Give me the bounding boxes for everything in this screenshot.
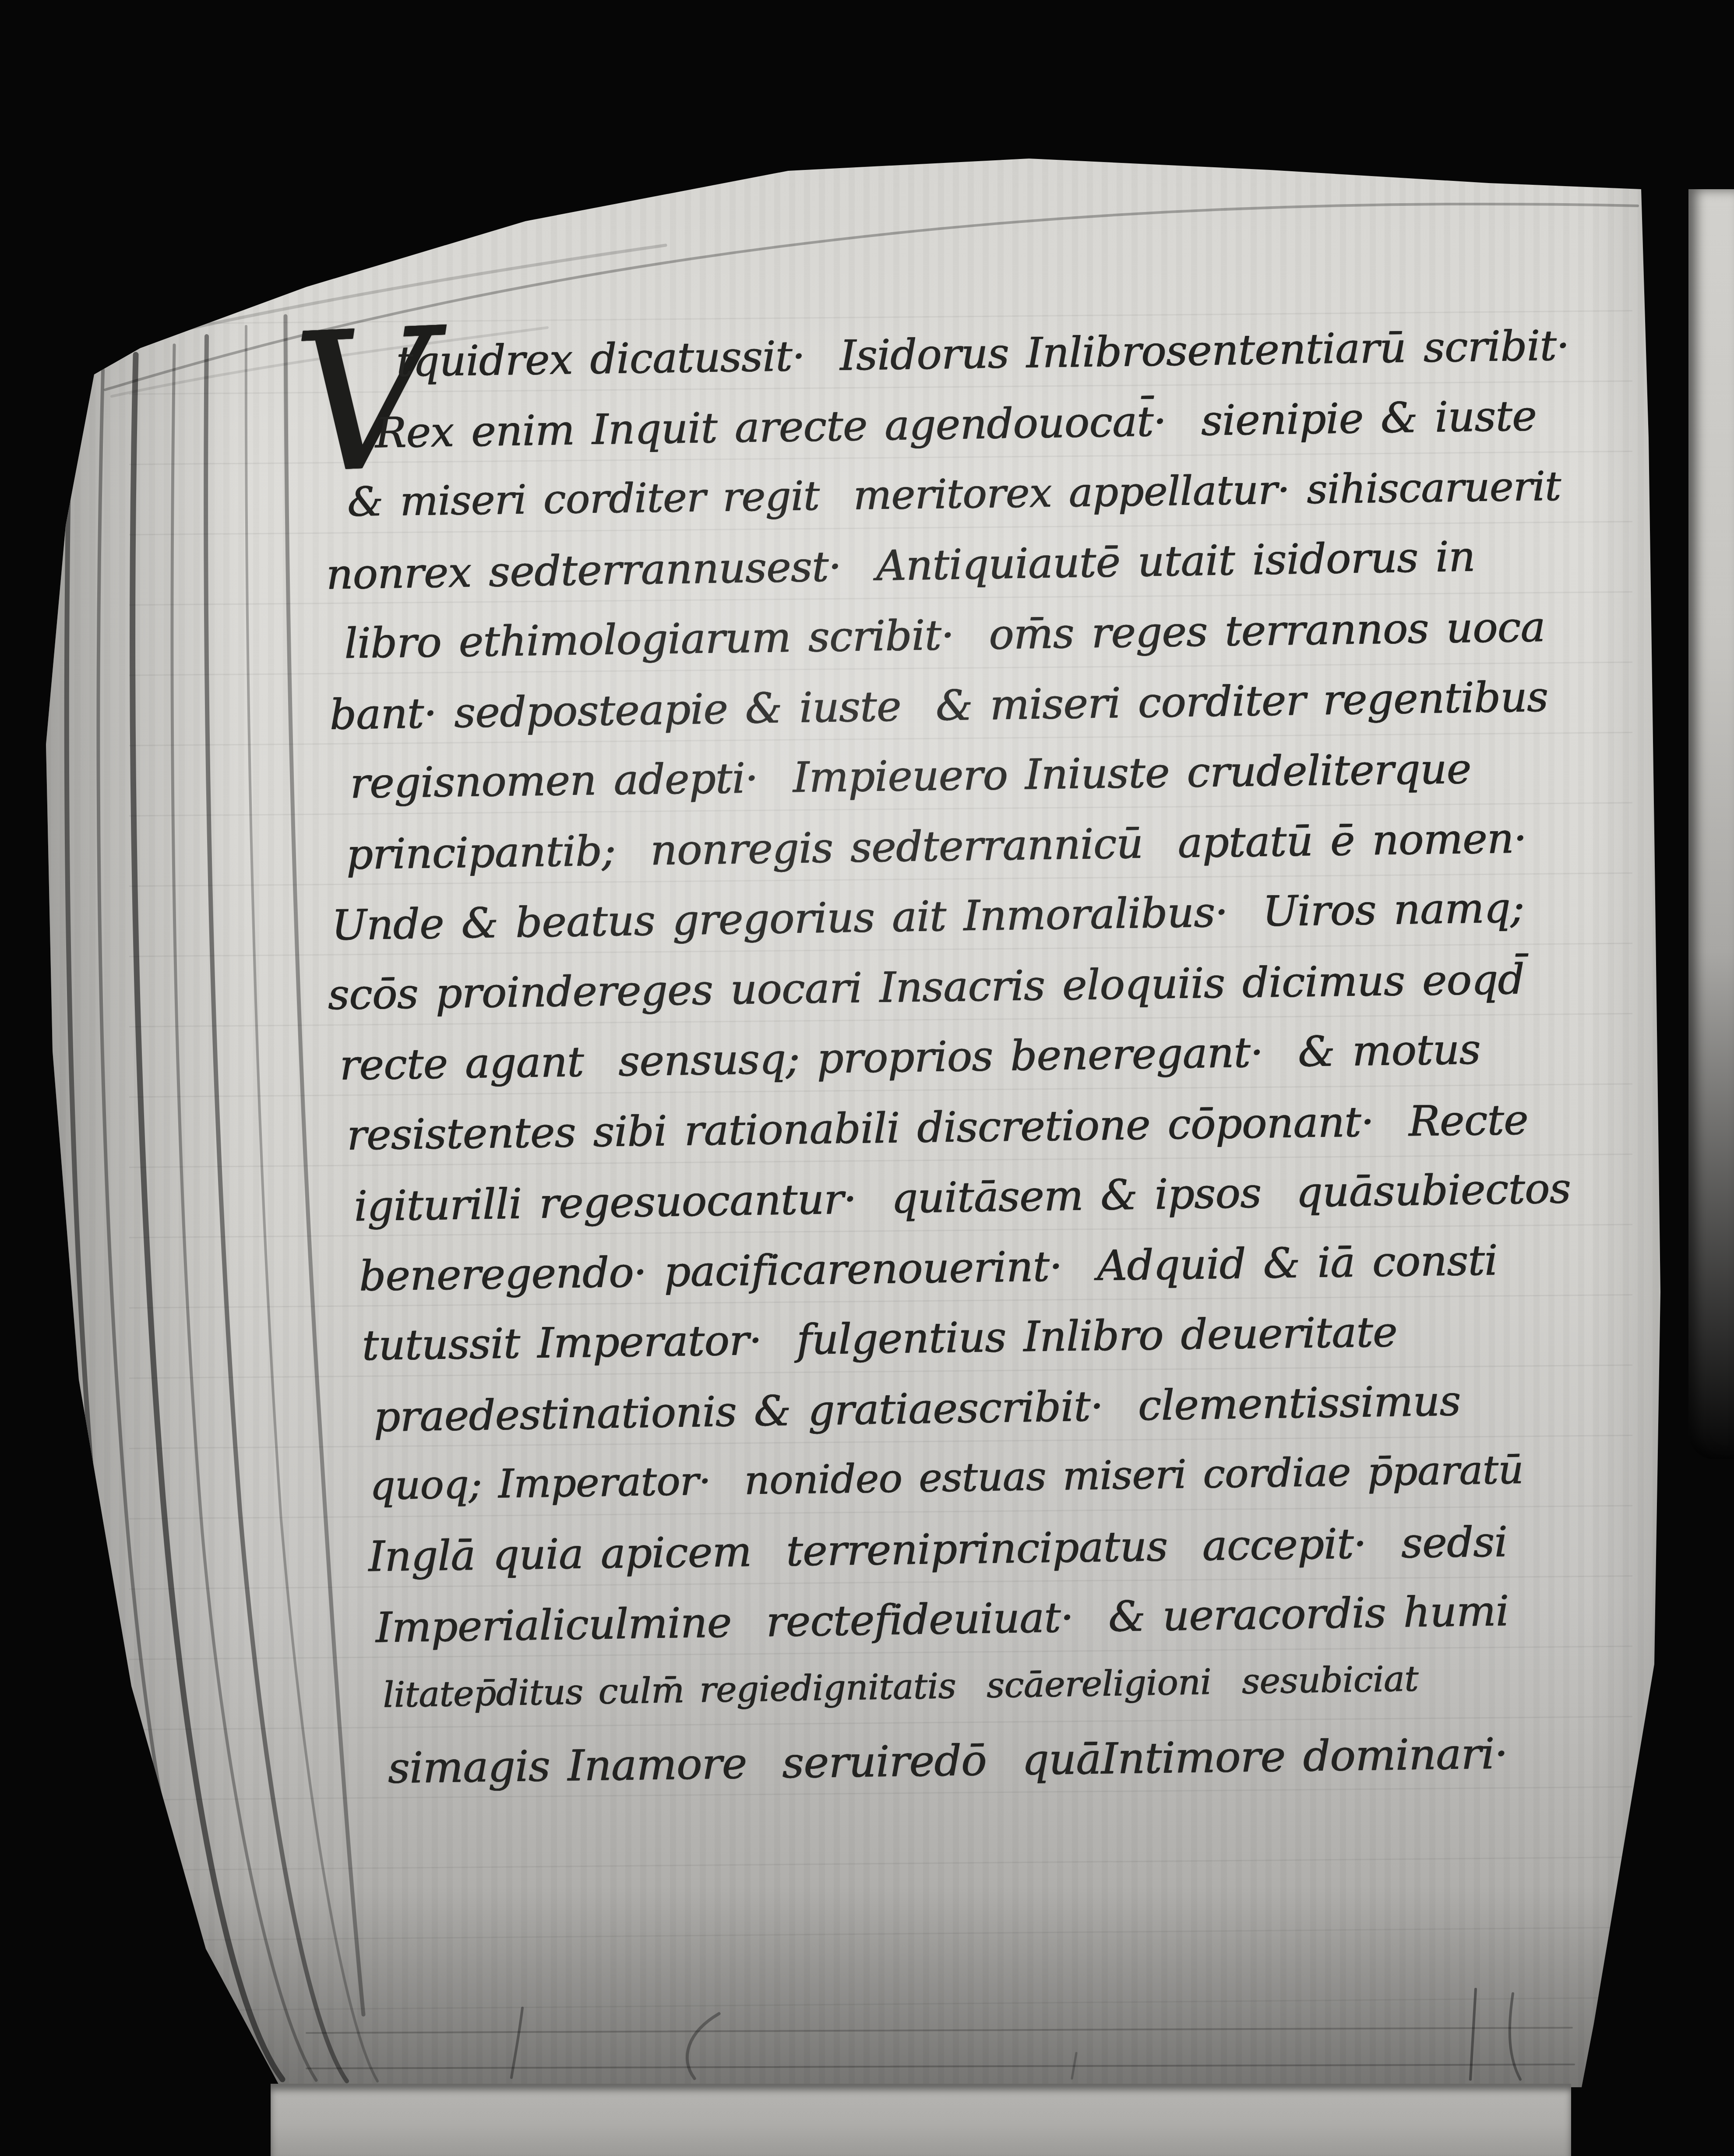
text-line: tquidrex dicatussit· Isidorus Inlibrosen… (396, 321, 1570, 386)
initial-letter: V (291, 303, 437, 501)
text-line: scōs proindereges uocari Insacris eloqui… (328, 955, 1524, 1019)
text-line: nonrex sedterrannusest· Antiquiautē utai… (326, 533, 1476, 599)
text-line: igiturilli regesuocantur· quitāsem & ips… (354, 1164, 1571, 1231)
text-line: simagis Inamore seruiredō quāIntimore do… (388, 1729, 1508, 1793)
text-line: regisnomen adepti· Impieuero Iniuste cru… (350, 745, 1472, 808)
facing-page-sliver (1688, 189, 1734, 1459)
text-line: Inglā quia apicem terreniprincipatus acc… (368, 1518, 1508, 1581)
lower-page-edge-strip (271, 2084, 1571, 2156)
manuscript-photo: V tquidrex dicatussit· Isidorus Inlibros… (0, 0, 1734, 2156)
text-line: beneregendo· pacificarenouerint· Adquid … (359, 1236, 1498, 1300)
manuscript-page: V tquidrex dicatussit· Isidorus Inlibros… (0, 0, 1734, 2156)
text-line: tutussit Imperator· fulgentius Inlibro d… (362, 1308, 1397, 1370)
text-line: quoq; Imperator· nonideo estuas miseri c… (370, 1447, 1523, 1509)
text-line: recte agant sensusq; proprios beneregant… (339, 1026, 1481, 1090)
text-line: bant· sedposteapie & iuste & miseri cord… (329, 673, 1548, 739)
text-line: libro ethimologiarum scribit· om̄s reges… (344, 603, 1546, 668)
text-line: litatep̄ditus culm̄ regiedignitatis scāe… (383, 1658, 1419, 1715)
text-line: Unde & beatus gregorius ait Inmoralibus·… (331, 884, 1525, 949)
text-line: Imperialiculmine rectefideuiuat· & uerac… (375, 1587, 1509, 1652)
text-line: & miseri corditer regit meritorex appell… (347, 463, 1561, 526)
text-line: praedestinationis & gratiaescribit· clem… (374, 1377, 1461, 1441)
text-line: principantib; nonregis sedterrannicū apt… (346, 814, 1527, 879)
text-line: resistentes sibi rationabili discretione… (346, 1096, 1528, 1159)
text-lines: tquidrex dicatussit· Isidorus Inlibrosen… (0, 0, 1730, 3)
text-block: V tquidrex dicatussit· Isidorus Inlibros… (0, 0, 1734, 2156)
text-line: Rex enim Inquit arecte agendouocat̄· sie… (375, 392, 1537, 457)
